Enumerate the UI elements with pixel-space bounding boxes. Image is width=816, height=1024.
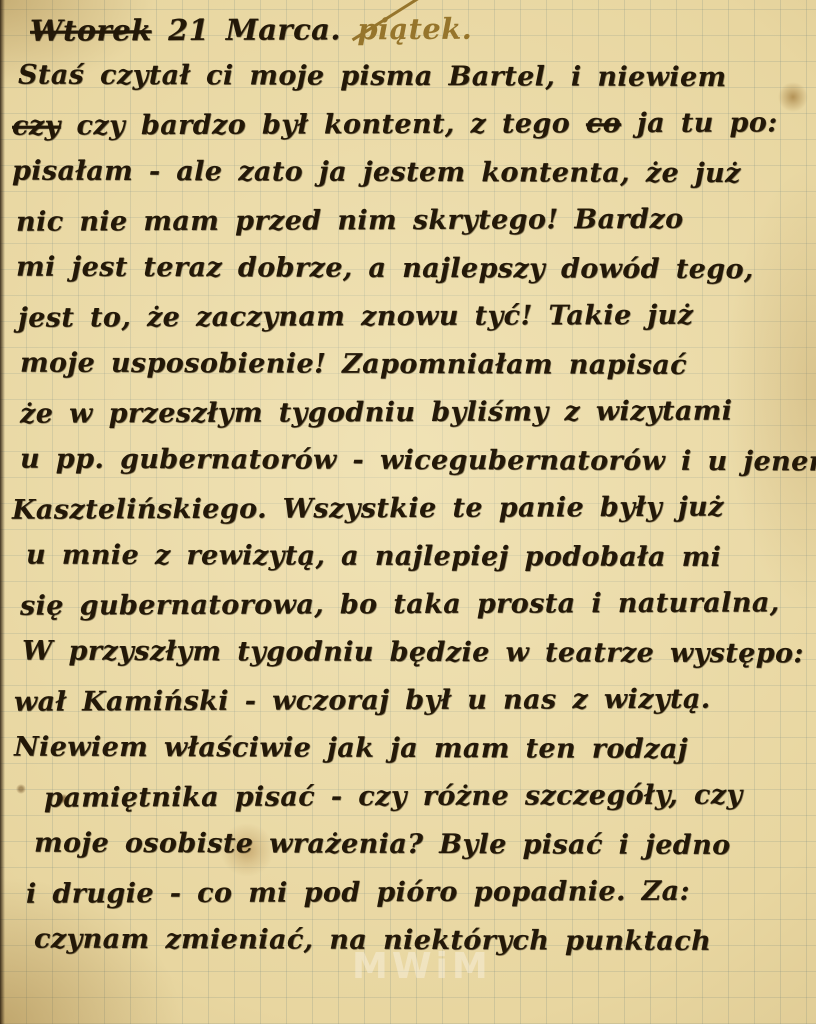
handwritten-line: i drugie - co mi pod pióro popadnie. Za: [26,866,814,917]
handwritten-line: Niewiem właściwie jak ja mam ten rodzaj [14,723,814,774]
paper-edge-shadow [0,0,5,1024]
handwritten-line: wał Kamiński - wczoraj był u nas z wizyt… [14,674,814,725]
letter-body: Wtorek 21 Marca. piątek. Staś czytał ci … [10,4,814,964]
handwritten-line: Staś czytał ci moje pisma Bartel, i niew… [18,51,814,102]
handwritten-line: jest to, że zaczynam znowu tyć! Takie ju… [18,290,814,341]
crossed-out-day: Wtorek [30,13,152,48]
letter-page: Wtorek 21 Marca. piątek. Staś czytał ci … [0,0,816,1024]
handwritten-line: Kasztelińskiego. Wszystkie te panie były… [12,482,814,533]
crossed-out-word: czy [12,111,61,142]
handwritten-line: czynam zmieniać, na niektórych punktach [34,915,814,966]
handwritten-line: u mnie z rewizytą, a najlepiej podobała … [26,531,814,582]
line-segment: czy bardzo był kontent, z tego [61,108,586,141]
handwritten-line: że w przeszłym tygodniu byliśmy z wizyta… [20,386,814,437]
handwritten-line: pamiętnika pisać - czy różne szczegóły, … [44,770,814,821]
corrected-day: piątek. [357,4,472,55]
handwritten-line: pisałam - ale zato ja jestem kontenta, ż… [12,147,814,198]
line-segment: ja tu po: [621,107,778,139]
handwritten-line: nic nie mam przed nim skrytego! Bardzo [16,194,814,245]
handwritten-line: W przyszłym tygodniu będzie w teatrze wy… [22,627,814,678]
date-line: Wtorek 21 Marca. piątek. [30,2,814,53]
handwritten-line: czy czy bardzo był kontent, z tego co ja… [12,98,814,149]
handwritten-line: mi jest teraz dobrze, a najlepszy dowód … [16,243,814,294]
handwritten-line: moje usposobienie! Zapomniałam napisać [20,339,814,390]
handwritten-line: u pp. gubernatorów - wicegubernatorów i … [20,435,814,486]
handwritten-line: się gubernatorowa, bo taka prosta i natu… [20,578,814,629]
date-text: 21 Marca. [151,12,357,47]
crossed-out-word: co [586,108,621,139]
handwritten-line: moje osobiste wrażenia? Byle pisać i jed… [34,819,814,870]
